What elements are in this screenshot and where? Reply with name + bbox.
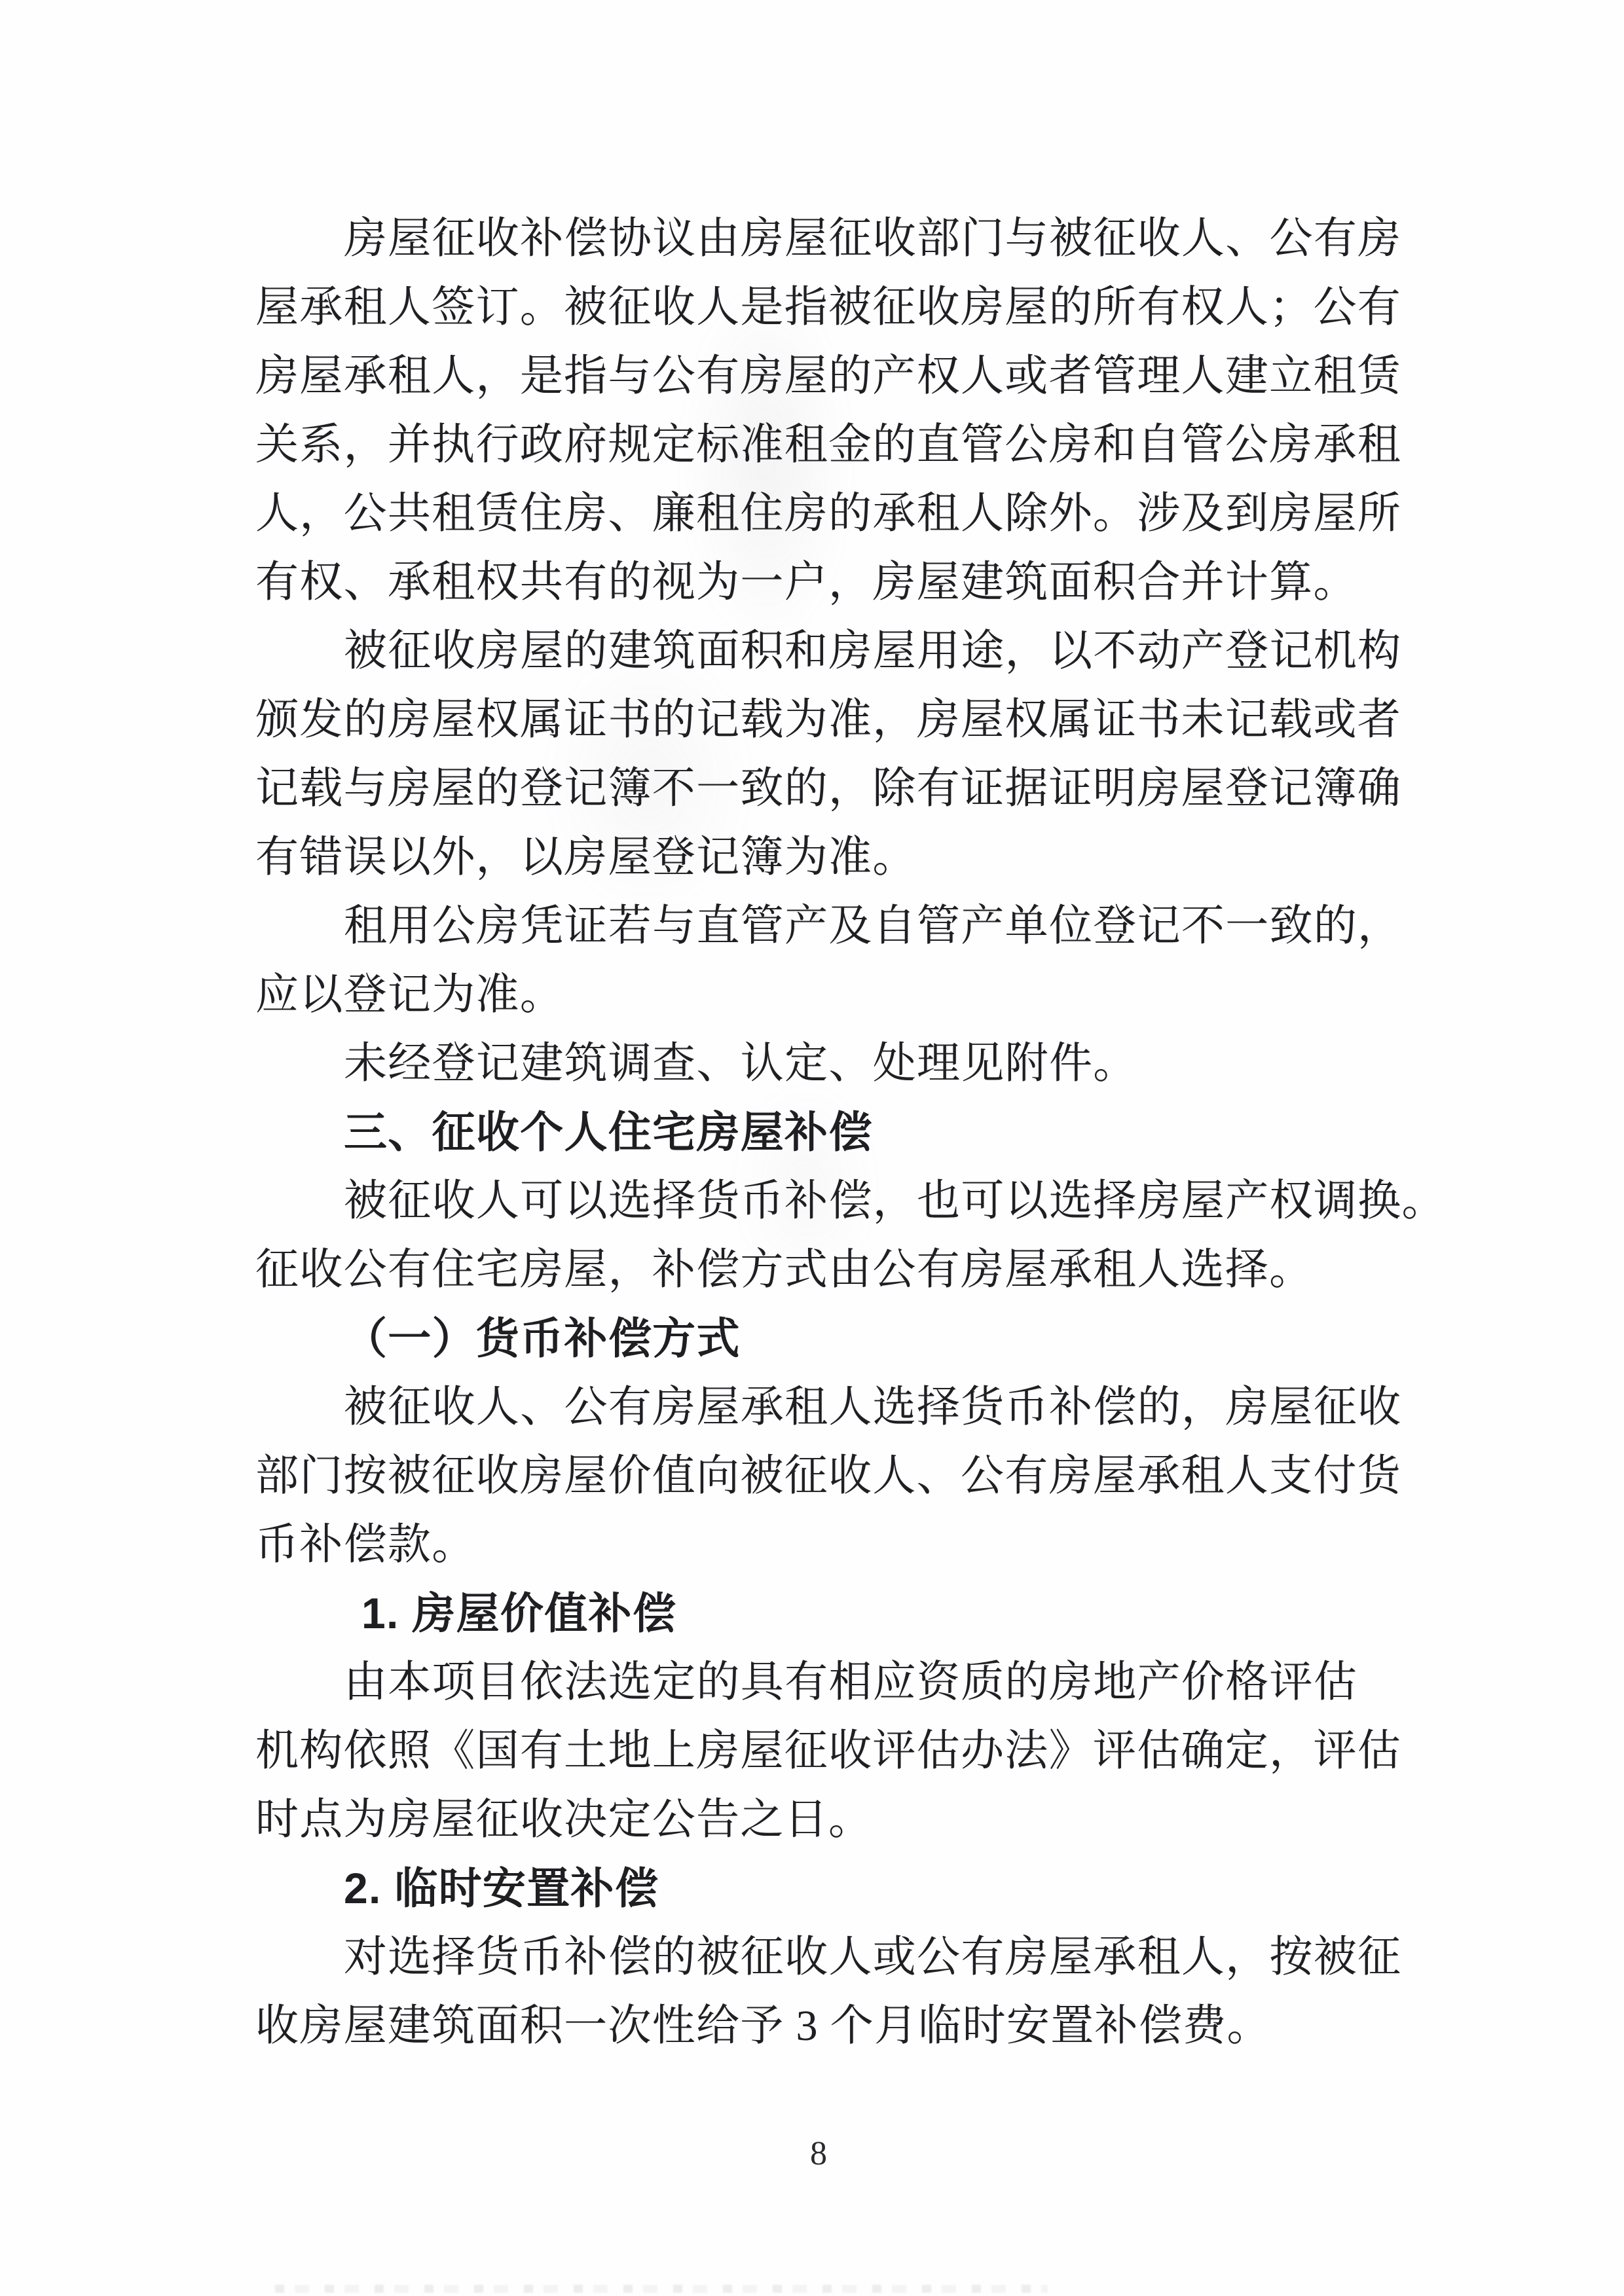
text-line: 人，公共租赁住房、廉租住房的承租人除外。涉及到房屋所 <box>255 479 1401 548</box>
text-line: 未经登记建筑调查、认定、处理见附件。 <box>255 1029 1401 1098</box>
text-line: 颁发的房屋权属证书的记载为准，房屋权属证书未记载或者 <box>255 685 1401 754</box>
text-line: 应以登记为准。 <box>255 960 1401 1029</box>
text-line: 关系，并执行政府规定标准租金的直管公房和自管公房承租 <box>255 410 1401 479</box>
heading-line: （一）货币补偿方式 <box>255 1304 1401 1373</box>
text-line: 时点为房屋征收决定公告之日。 <box>255 1785 1401 1854</box>
text-line: 征收公有住宅房屋，补偿方式由公有房屋承租人选择。 <box>255 1235 1401 1304</box>
text-line: 被征收房屋的建筑面积和房屋用途，以不动产登记机构 <box>255 617 1401 685</box>
text-line: 收房屋建筑面积一次性给予 3 个月临时安置补偿费。 <box>255 1992 1401 2060</box>
text-line: 租用公房凭证若与直管产及自管产单位登记不一致的， <box>255 892 1401 960</box>
heading-line: 2. 临时安置补偿 <box>255 1854 1401 1923</box>
document-page: 房屋征收补偿协议由房屋征收部门与被征收人、公有房屋承租人签订。被征收人是指被征收… <box>0 0 1624 2296</box>
text-line: 币补偿款。 <box>255 1510 1401 1579</box>
cutoff-next-page-text-artifact <box>275 2285 1048 2293</box>
text-line: 部门按被征收房屋价值向被征收人、公有房屋承租人支付货 <box>255 1442 1401 1510</box>
text-line: 屋承租人签订。被征收人是指被征收房屋的所有权人；公有 <box>255 273 1401 342</box>
text-line: 机构依照《国有土地上房屋征收评估办法》评估确定，评估 <box>255 1717 1401 1785</box>
text-line: 由本项目依法选定的具有相应资质的房地产价格评估 <box>255 1648 1401 1717</box>
text-line: 记载与房屋的登记簿不一致的，除有证据证明房屋登记簿确 <box>255 754 1401 823</box>
text-line: 有错误以外，以房屋登记簿为准。 <box>255 823 1401 892</box>
text-line: 对选择货币补偿的被征收人或公有房屋承租人，按被征 <box>255 1923 1401 1992</box>
heading-line: 1. 房屋价值补偿 <box>255 1579 1401 1648</box>
text-line: 房屋承租人，是指与公有房屋的产权人或者管理人建立租赁 <box>255 342 1401 410</box>
document-body: 房屋征收补偿协议由房屋征收部门与被征收人、公有房屋承租人签订。被征收人是指被征收… <box>255 204 1401 2060</box>
text-line: 被征收人可以选择货币补偿，也可以选择房屋产权调换。 <box>255 1167 1401 1235</box>
heading-line: 三、征收个人住宅房屋补偿 <box>255 1098 1401 1167</box>
text-line: 有权、承租权共有的视为一户，房屋建筑面积合并计算。 <box>255 548 1401 617</box>
text-line: 被征收人、公有房屋承租人选择货币补偿的，房屋征收 <box>255 1373 1401 1442</box>
text-line: 房屋征收补偿协议由房屋征收部门与被征收人、公有房 <box>255 204 1401 273</box>
page-number: 8 <box>7 2131 1624 2177</box>
